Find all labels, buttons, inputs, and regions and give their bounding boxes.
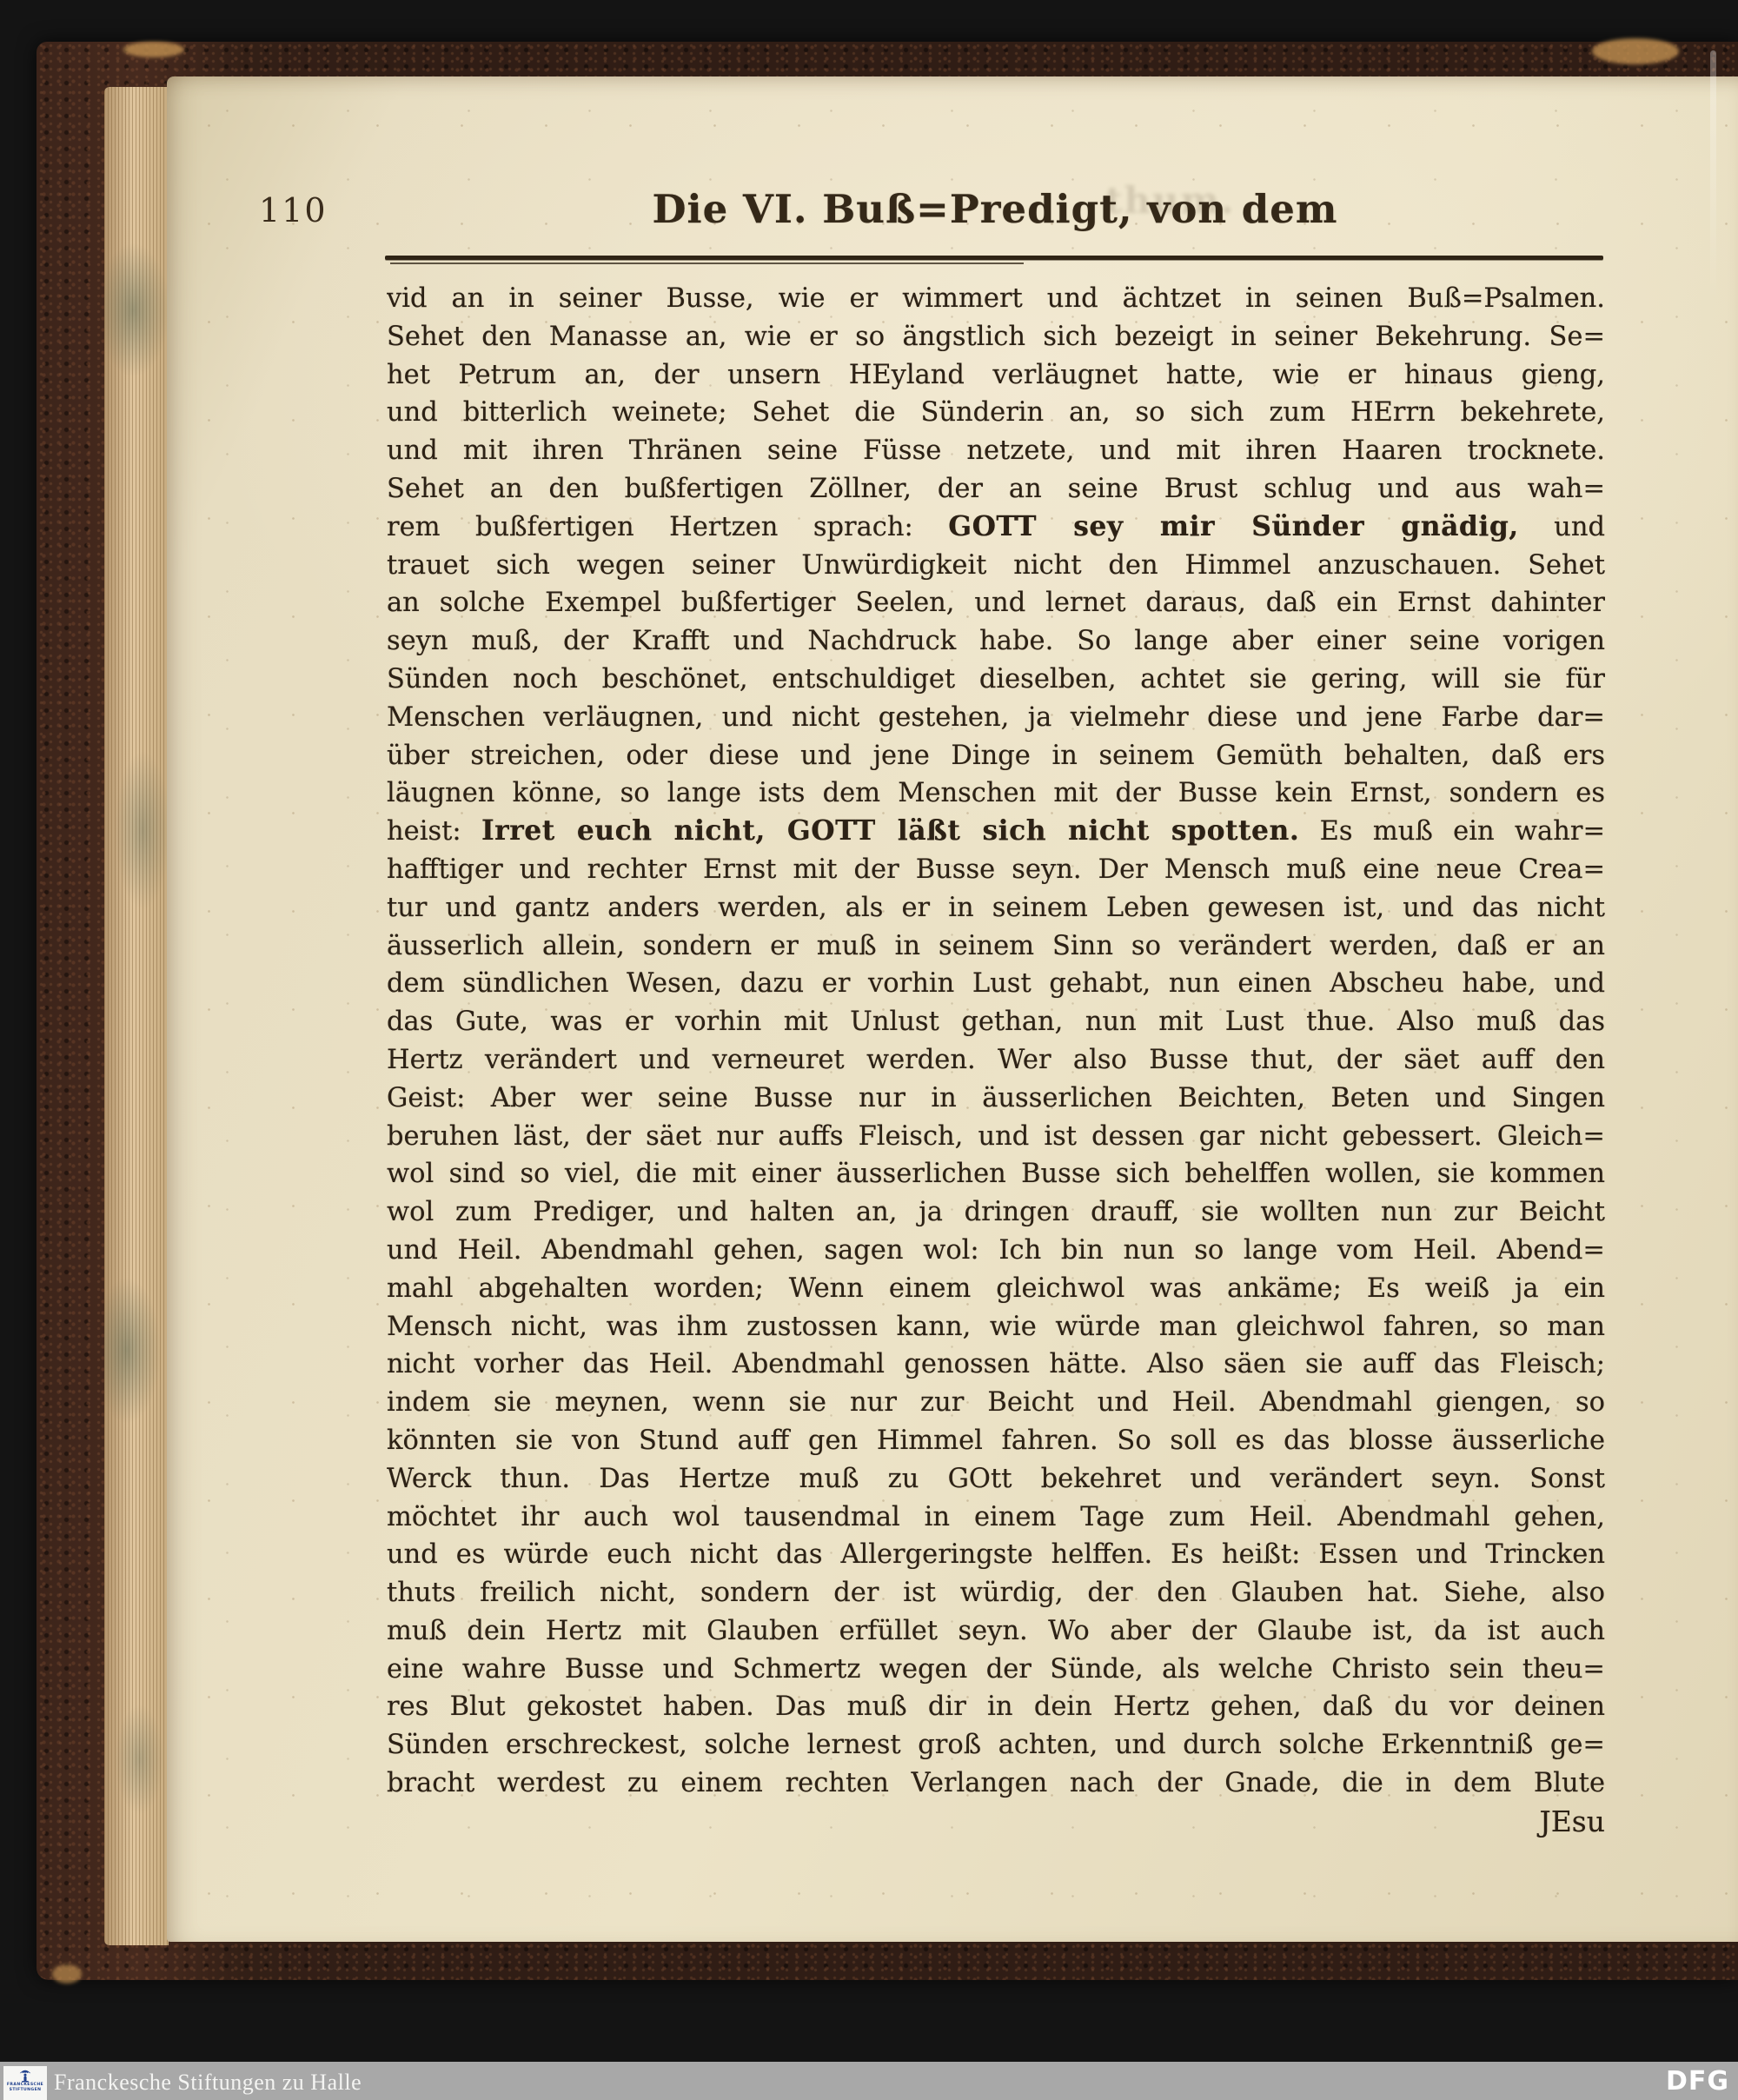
body-line: eine wahre Busse und Schmertz wegen der … <box>387 1651 1605 1689</box>
body-line: rem bußfertigen Hertzen sprach: GOTT sey… <box>387 508 1605 547</box>
body-segment: Sehet den Manasse an, wie er so ängstlic… <box>387 322 1605 352</box>
body-line: möchtet ihr auch wol tausendmal in einem… <box>387 1499 1605 1537</box>
body-segment: seyn muß, der Krafft und Nachdruck habe.… <box>387 626 1605 656</box>
leather-scuff <box>52 1964 82 1984</box>
body-segment: Mensch nicht, was ihm zustossen kann, wi… <box>387 1312 1605 1342</box>
body-segment: und <box>1519 512 1605 542</box>
body-segment: und mit ihren Thränen seine Füsse netzet… <box>387 435 1605 466</box>
body-line: über streichen, oder diese und jene Ding… <box>387 737 1605 775</box>
body-line: äusserlich allein, sondern er muß in sei… <box>387 927 1605 966</box>
body-line: Sehet an den bußfertigen Zöllner, der an… <box>387 470 1605 508</box>
book-page: 110 thum. Die VI. Buß=Predigt, von dem v… <box>167 76 1738 1942</box>
body-line: beruhen läst, der säet nur auffs Fleisch… <box>387 1118 1605 1156</box>
body-line: wol zum Prediger, und halten an, ja drin… <box>387 1193 1605 1232</box>
body-line: het Petrum an, der unsern HEyland verläu… <box>387 356 1605 395</box>
body-segment: an solche Exempel bußfertiger Seelen, un… <box>387 588 1605 618</box>
institution-logo: FRANCKESCHE STIFTUNGEN <box>3 2066 47 2100</box>
body-line: und mit ihren Thränen seine Füsse netzet… <box>387 432 1605 470</box>
body-segment: Hertz verändert und verneuret werden. We… <box>387 1045 1605 1075</box>
body-segment: möchtet ihr auch wol tausendmal in einem… <box>387 1502 1605 1532</box>
body-segment: dem sündlichen Wesen, dazu er vorhin Lus… <box>387 968 1605 999</box>
body-line: seyn muß, der Krafft und Nachdruck habe.… <box>387 622 1605 661</box>
body-segment: muß dein Hertz mit Glauben erfüllet seyn… <box>387 1616 1605 1646</box>
body-segment: indem sie meynen, wenn sie nur zur Beich… <box>387 1387 1605 1418</box>
body-segment: Werck thun. Das Hertze muß zu GOtt bekeh… <box>387 1464 1605 1494</box>
body-segment: eine wahre Busse und Schmertz wegen der … <box>387 1654 1605 1685</box>
body-line: und bitterlich weinete; Sehet die Sünder… <box>387 394 1605 432</box>
body-segment: und Heil. Abendmahl gehen, sagen wol: Ic… <box>387 1235 1605 1266</box>
leather-scuff <box>123 42 184 57</box>
body-line: und es würde euch nicht das Allergerings… <box>387 1536 1605 1574</box>
body-line: trauet sich wegen seiner Unwürdigkeit ni… <box>387 547 1605 585</box>
body-segment: beruhen läst, der säet nur auffs Fleisch… <box>387 1121 1605 1152</box>
body-segment: thuts freilich nicht, sondern der ist wü… <box>387 1578 1605 1608</box>
body-segment: het Petrum an, der unsern HEyland verläu… <box>387 360 1605 390</box>
body-segment: heist: <box>387 816 481 847</box>
body-segment: Menschen verläugnen, und nicht gestehen,… <box>387 702 1605 733</box>
body-segment: das Gute, was er vorhin mit Unlust getha… <box>387 1007 1605 1037</box>
body-line: bracht werdest zu einem rechten Verlange… <box>387 1764 1605 1803</box>
baldachin-figure-icon <box>18 2068 32 2083</box>
leather-scuff <box>1592 38 1679 64</box>
institution-logo-caption-line2: STIFTUNGEN <box>10 2088 42 2093</box>
body-segment: Geist: Aber wer seine Busse nur in äusse… <box>387 1083 1605 1113</box>
dfg-logo: DFG <box>1666 2062 1729 2100</box>
body-segment: bracht werdest zu einem rechten Verlange… <box>387 1768 1605 1798</box>
body-emphasis: GOTT sey mir Sünder gnädig, <box>948 511 1518 542</box>
body-line: indem sie meynen, wenn sie nur zur Beich… <box>387 1384 1605 1422</box>
catchword: JEsu <box>387 1803 1605 1841</box>
body-segment: mahl abgehalten worden; Wenn einem gleic… <box>387 1273 1605 1304</box>
body-segment: wol zum Prediger, und halten an, ja drin… <box>387 1197 1605 1227</box>
body-segment: Sünden erschreckest, solche lernest groß… <box>387 1730 1605 1760</box>
institution-name: Franckesche Stiftungen zu Halle <box>54 2062 362 2100</box>
body-line: Sünden erschreckest, solche lernest groß… <box>387 1726 1605 1764</box>
body-line: Mensch nicht, was ihm zustossen kann, wi… <box>387 1308 1605 1346</box>
body-line: Hertz verändert und verneuret werden. We… <box>387 1041 1605 1080</box>
body-line: vid an in seiner Busse, wie er wimmert u… <box>387 280 1605 318</box>
page-fore-edge <box>104 87 169 1945</box>
body-segment: trauet sich wegen seiner Unwürdigkeit ni… <box>387 550 1605 581</box>
body-line: Sehet den Manasse an, wie er so ängstlic… <box>387 318 1605 356</box>
body-segment: Sünden noch beschönet, entschuldiget die… <box>387 664 1605 694</box>
body-segment: rem bußfertigen Hertzen sprach: <box>387 512 948 542</box>
running-header: Die VI. Buß=Predigt, von dem <box>387 186 1603 232</box>
body-segment: äusserlich allein, sondern er muß in sei… <box>387 931 1605 961</box>
body-segment: nicht vorher das Heil. Abendmahl genosse… <box>387 1349 1605 1379</box>
body-line: mahl abgehalten worden; Wenn einem gleic… <box>387 1270 1605 1308</box>
body-line: und Heil. Abendmahl gehen, sagen wol: Ic… <box>387 1232 1605 1270</box>
body-line: muß dein Hertz mit Glauben erfüllet seyn… <box>387 1612 1605 1651</box>
body-emphasis: Irret euch nicht, GOTT läßt sich nicht s… <box>481 815 1299 847</box>
body-segment: wol sind so viel, die mit einer äusserli… <box>387 1159 1605 1189</box>
body-line: Sünden noch beschönet, entschuldiget die… <box>387 661 1605 699</box>
body-line: dem sündlichen Wesen, dazu er vorhin Lus… <box>387 965 1605 1003</box>
body-line: Geist: Aber wer seine Busse nur in äusse… <box>387 1080 1605 1118</box>
body-segment: vid an in seiner Busse, wie er wimmert u… <box>387 283 1605 314</box>
body-line: thuts freilich nicht, sondern der ist wü… <box>387 1574 1605 1612</box>
scan-viewer: 110 thum. Die VI. Buß=Predigt, von dem v… <box>0 0 1738 2100</box>
header-rule <box>385 256 1603 260</box>
glass-edge-highlight <box>1710 50 1716 302</box>
body-line: an solche Exempel bußfertiger Seelen, un… <box>387 584 1605 622</box>
body-line: Menschen verläugnen, und nicht gestehen,… <box>387 699 1605 737</box>
body-text: vid an in seiner Busse, wie er wimmert u… <box>387 280 1605 1803</box>
body-line: tur und gantz anders werden, als er in s… <box>387 889 1605 927</box>
body-segment: Es muß ein wahr= <box>1299 816 1605 847</box>
body-segment: Sehet an den bußfertigen Zöllner, der an… <box>387 474 1605 504</box>
body-segment: und es würde euch nicht das Allergerings… <box>387 1539 1605 1570</box>
body-line: Werck thun. Das Hertze muß zu GOtt bekeh… <box>387 1460 1605 1499</box>
body-segment: könnten sie von Stund auff gen Himmel fa… <box>387 1425 1605 1456</box>
body-line: könnten sie von Stund auff gen Himmel fa… <box>387 1422 1605 1460</box>
body-segment: und bitterlich weinete; Sehet die Sünder… <box>387 397 1605 428</box>
body-line: res Blut gekostet haben. Das muß dir in … <box>387 1688 1605 1726</box>
page-number: 110 <box>259 191 328 229</box>
body-segment: über streichen, oder diese und jene Ding… <box>387 741 1605 771</box>
body-line: das Gute, was er vorhin mit Unlust getha… <box>387 1003 1605 1041</box>
body-line: läugnen könne, so lange ists dem Mensche… <box>387 774 1605 813</box>
body-segment: läugnen könne, so lange ists dem Mensche… <box>387 778 1605 808</box>
body-line: hafftiger und rechter Ernst mit der Buss… <box>387 851 1605 889</box>
body-line: heist: Irret euch nicht, GOTT läßt sich … <box>387 813 1605 851</box>
body-line: wol sind so viel, die mit einer äusserli… <box>387 1155 1605 1193</box>
body-line: nicht vorher das Heil. Abendmahl genosse… <box>387 1346 1605 1384</box>
body-segment: tur und gantz anders werden, als er in s… <box>387 893 1605 923</box>
body-segment: res Blut gekostet haben. Das muß dir in … <box>387 1691 1605 1722</box>
body-segment: hafftiger und rechter Ernst mit der Buss… <box>387 854 1605 885</box>
